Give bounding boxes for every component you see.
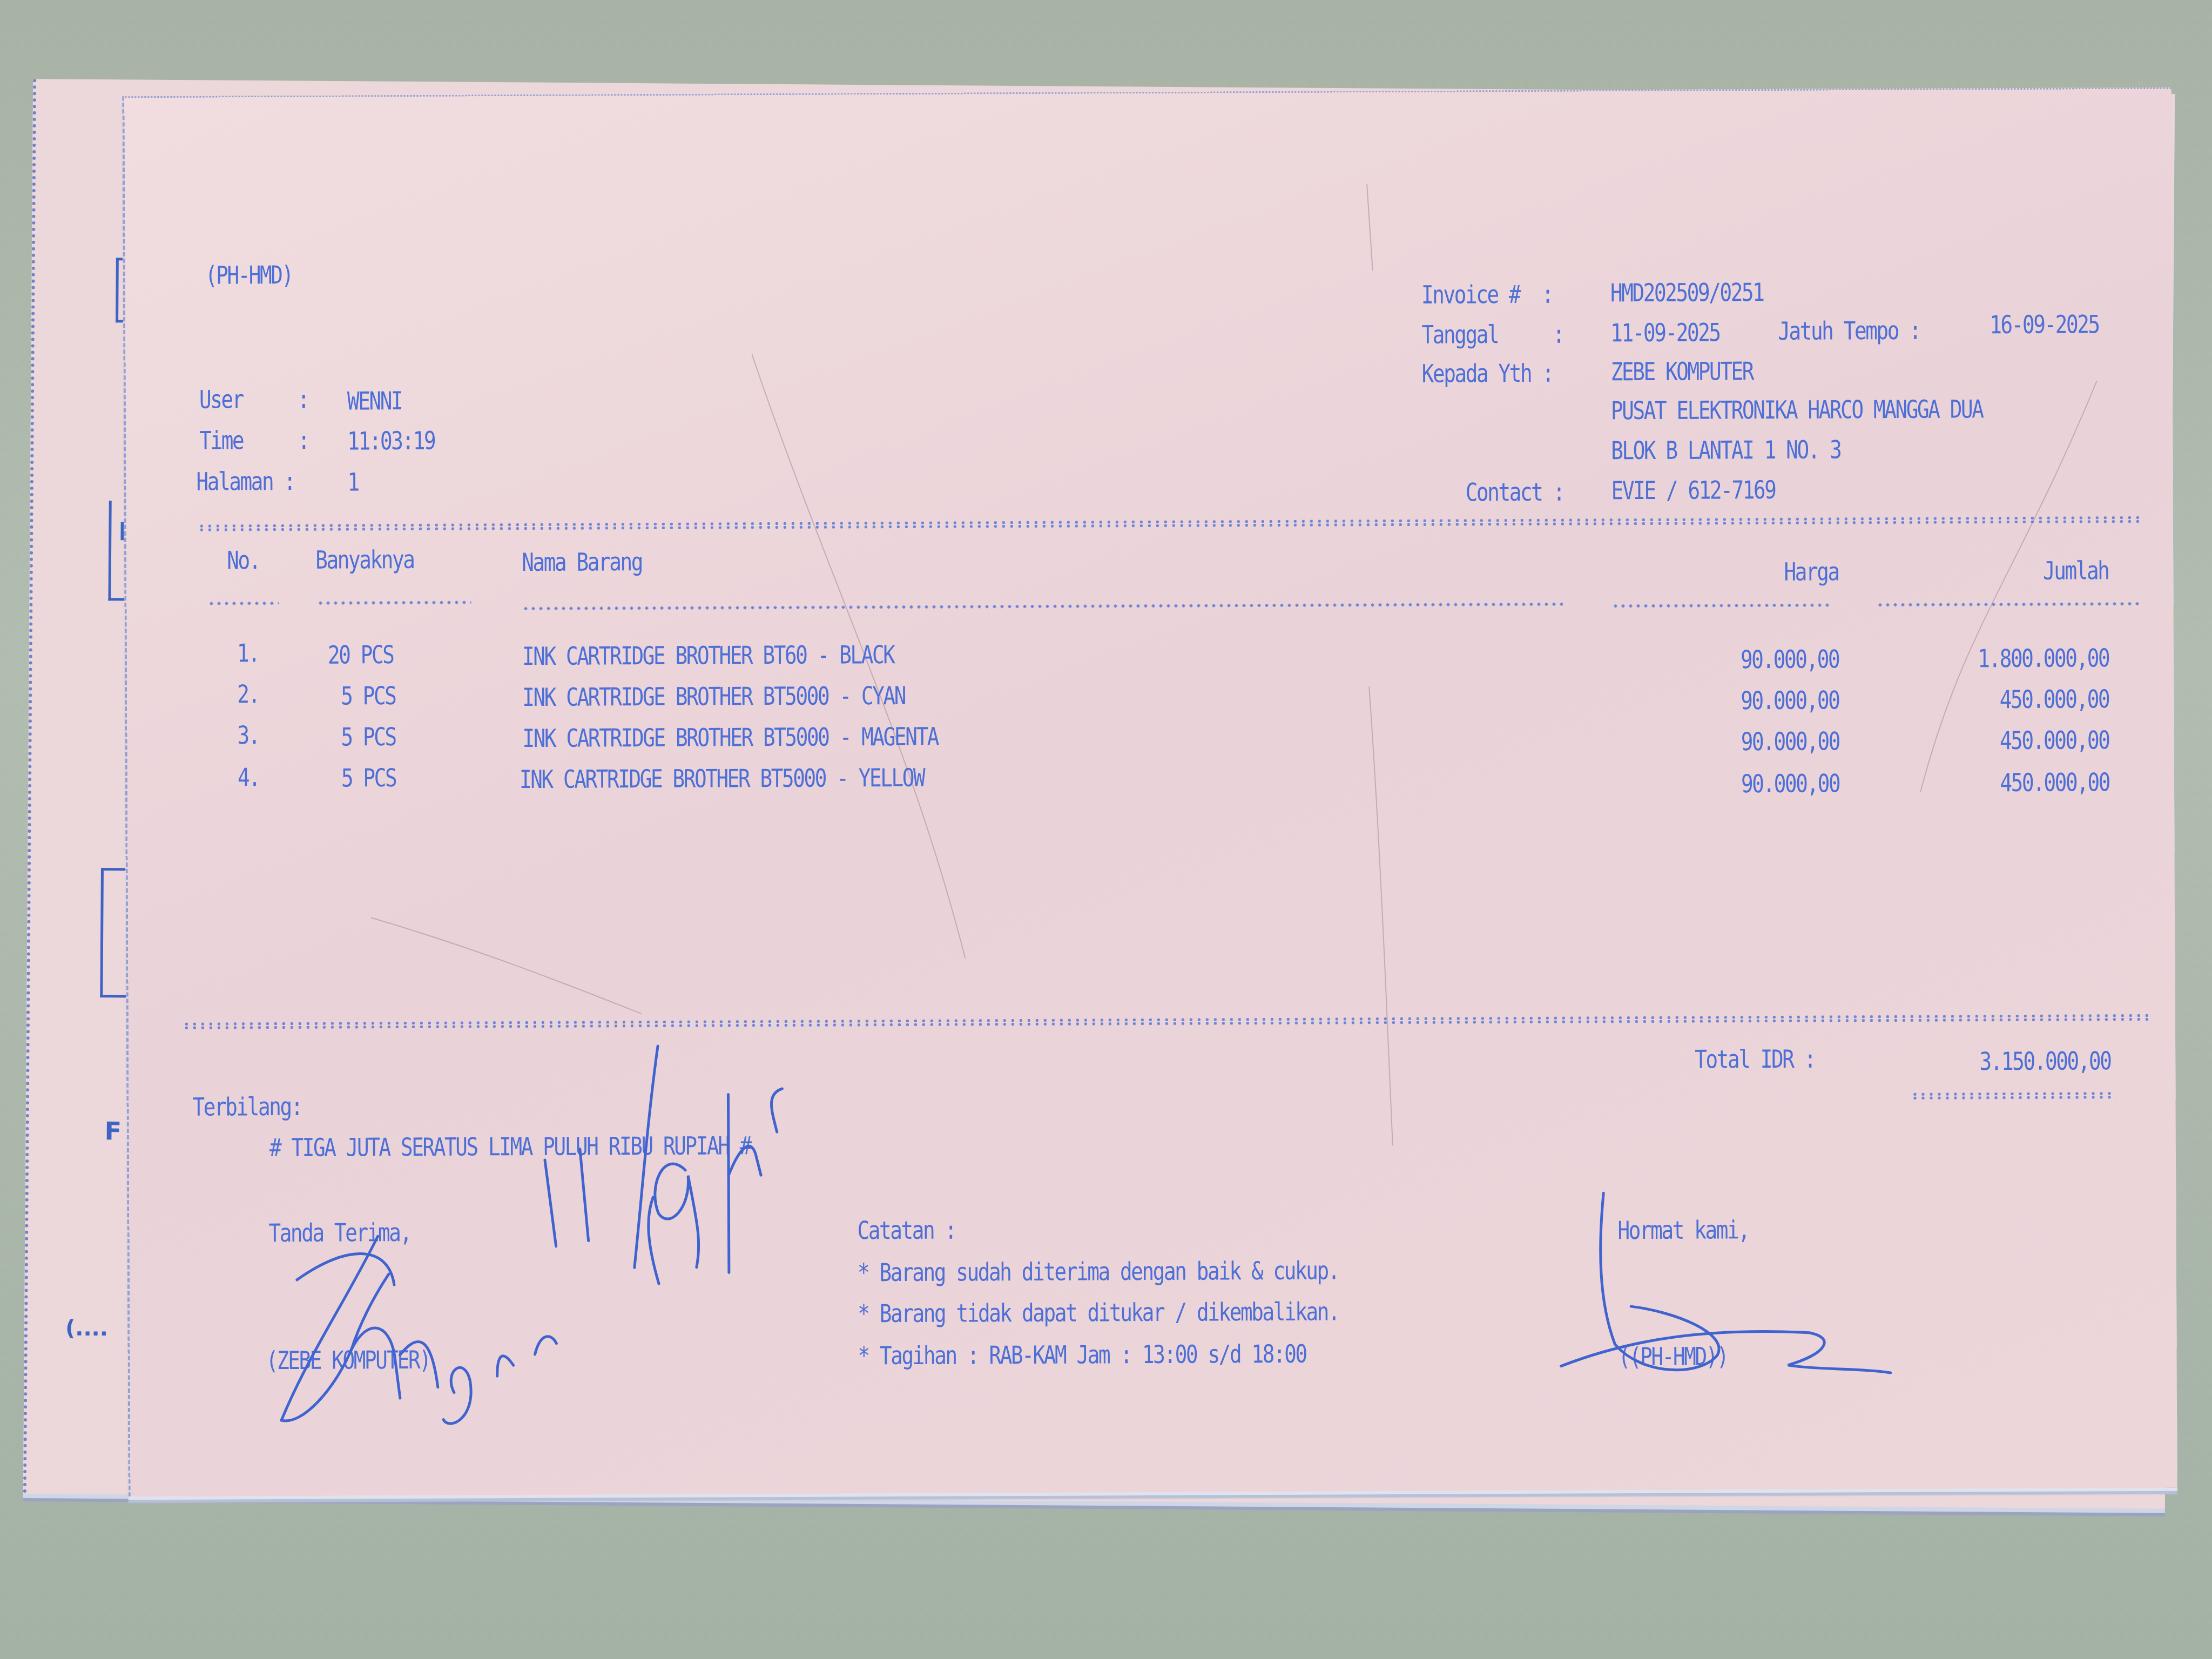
row-item-name: INK CARTRIDGE BROTHER BT5000 - CYAN bbox=[522, 683, 905, 710]
row-no: 4. bbox=[238, 765, 260, 790]
note-item: * Barang sudah diterima dengan baik & cu… bbox=[858, 1258, 1339, 1285]
row-price: 90.000,00 bbox=[1741, 687, 1839, 713]
row-amount: 1.800.000,00 bbox=[1978, 645, 2109, 671]
contact-label: Contact : bbox=[1465, 480, 1563, 505]
note-item: * Tagihan : RAB-KAM Jam : 13:00 s/d 18:0… bbox=[858, 1341, 1306, 1368]
row-qty: 5 PCS bbox=[341, 765, 396, 790]
column-header-qty: Banyaknya bbox=[315, 547, 414, 572]
receiver-signature bbox=[215, 1192, 627, 1442]
column-header-no: No. bbox=[227, 548, 260, 572]
invoice-number-value: HMD202509/0251 bbox=[1610, 280, 1764, 305]
total-double-underline bbox=[1911, 1091, 2116, 1100]
row-item-name: INK CARTRIDGE BROTHER BT60 - BLACK bbox=[522, 642, 894, 669]
underline-no bbox=[207, 602, 279, 605]
page-value: 1 bbox=[347, 469, 358, 494]
row-qty: 20 PCS bbox=[328, 642, 394, 667]
row-qty: 5 PCS bbox=[341, 724, 395, 749]
due-date-value: 16-09-2025 bbox=[1990, 312, 2099, 337]
due-date-label: Jatuh Tempo : bbox=[1778, 318, 1920, 343]
recipient-name: ZEBE KOMPUTER bbox=[1611, 359, 1753, 384]
underline-qty bbox=[316, 601, 471, 604]
invoice-paper: (PH-HMD) User : WENNI Time : 11:03:19 Ha… bbox=[122, 87, 2177, 1497]
row-no: 1. bbox=[237, 640, 259, 665]
row-no: 3. bbox=[237, 723, 259, 747]
back-sheet-mark-bracket: (.... bbox=[65, 1316, 108, 1341]
row-amount: 450.000,00 bbox=[2000, 686, 2109, 712]
user-label: User : bbox=[199, 387, 309, 412]
recipient-address-line-1: PUSAT ELEKTRONIKA HARCO MANGGA DUA bbox=[1611, 396, 1983, 423]
recipient-label: Kepada Yth : bbox=[1422, 361, 1553, 386]
back-sheet-mark-f: F bbox=[104, 1116, 122, 1145]
page-label: Halaman : bbox=[196, 469, 294, 494]
column-header-amount: Jumlah bbox=[2043, 558, 2109, 583]
row-amount: 450.000,00 bbox=[2000, 727, 2109, 753]
column-header-item-name: Nama Barang bbox=[522, 549, 642, 575]
row-price: 90.000,00 bbox=[1741, 729, 1839, 754]
amount-in-words-label: Terbilang: bbox=[192, 1094, 302, 1120]
date-value: 11-09-2025 bbox=[1610, 320, 1720, 345]
date-label: Tanggal : bbox=[1421, 322, 1563, 347]
row-price: 90.000,00 bbox=[1741, 646, 1839, 672]
time-value: 11:03:19 bbox=[347, 428, 435, 454]
invoice-number-label: Invoice # : bbox=[1421, 282, 1553, 307]
total-value: 3.150.000,00 bbox=[1979, 1048, 2110, 1074]
recipient-address-line-2: BLOK B LANTAI 1 NO. 3 bbox=[1611, 437, 1840, 463]
row-item-name: INK CARTRIDGE BROTHER BT5000 - MAGENTA bbox=[522, 724, 938, 751]
note-item: * Barang tidak dapat ditukar / dikembali… bbox=[858, 1299, 1339, 1326]
row-amount: 450.000,00 bbox=[2000, 770, 2109, 795]
time-label: Time : bbox=[199, 428, 309, 453]
row-price: 90.000,00 bbox=[1741, 771, 1839, 796]
column-header-price: Harga bbox=[1784, 559, 1838, 584]
row-item-name: INK CARTRIDGE BROTHER BT5000 - YELLOW bbox=[520, 765, 924, 792]
total-label: Total IDR : bbox=[1695, 1047, 1815, 1072]
contact-value: EVIE / 612-7169 bbox=[1611, 477, 1775, 503]
user-value: WENNI bbox=[347, 388, 402, 413]
row-no: 2. bbox=[237, 682, 259, 706]
issuer-code: (PH-HMD) bbox=[205, 262, 293, 288]
sender-signature bbox=[1555, 1181, 1945, 1388]
row-qty: 5 PCS bbox=[341, 683, 395, 708]
